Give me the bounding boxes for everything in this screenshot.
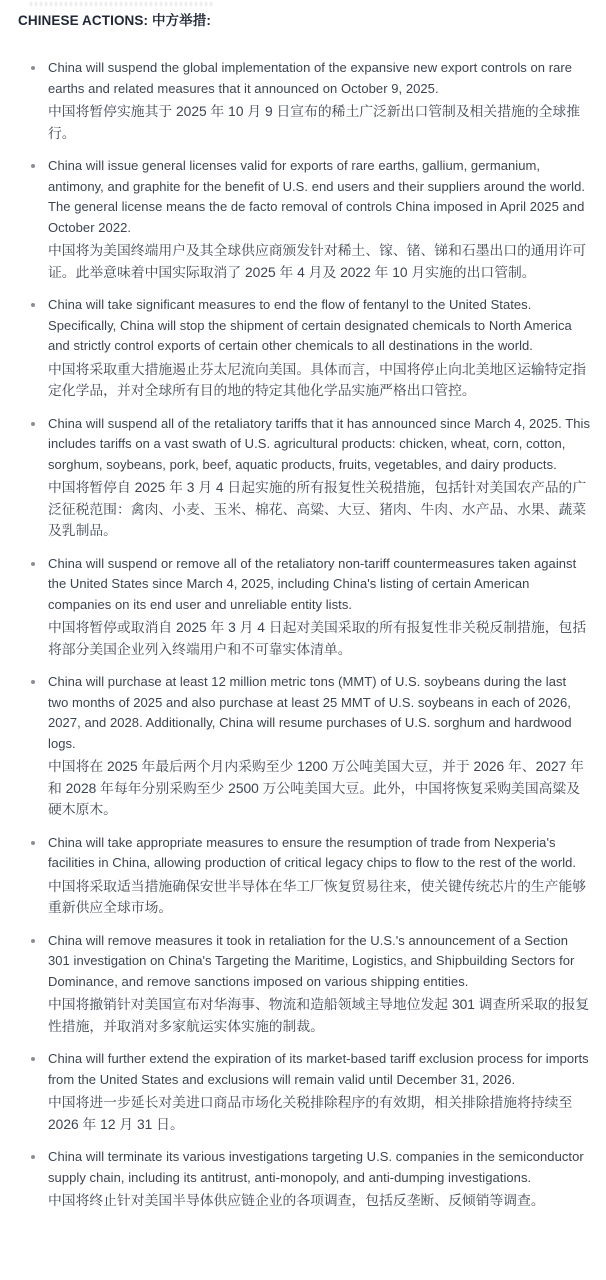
action-chinese-text: 中国将暂停或取消自 2025 年 3 月 4 日起对美国采取的所有报复性非关税反… [48, 617, 590, 660]
list-item: China will suspend or remove all of the … [17, 554, 590, 661]
list-item: China will remove measures it took in re… [17, 931, 590, 1038]
action-english-text: China will issue general licenses valid … [48, 156, 590, 238]
bullet-icon [31, 1057, 35, 1061]
bullet-icon [31, 680, 35, 684]
action-english-text: China will suspend the global implementa… [48, 58, 590, 99]
cropped-text-artifact [30, 2, 215, 6]
list-item: China will suspend the global implementa… [17, 58, 590, 144]
list-item-text: China will take significant measures to … [48, 295, 590, 402]
action-chinese-text: 中国将在 2025 年最后两个月内采购至少 1200 万公吨美国大豆，并于 20… [48, 756, 590, 821]
action-english-text: China will remove measures it took in re… [48, 931, 590, 993]
list-item-text: China will remove measures it took in re… [48, 931, 590, 1038]
list-item-text: China will suspend or remove all of the … [48, 554, 590, 661]
action-chinese-text: 中国将暂停实施其于 2025 年 10 月 9 日宣布的稀土广泛新出口管制及相关… [48, 101, 590, 144]
list-item: China will issue general licenses valid … [17, 156, 590, 283]
action-english-text: China will take appropriate measures to … [48, 833, 590, 874]
list-item: China will further extend the expiration… [17, 1049, 590, 1135]
list-item-text: China will take appropriate measures to … [48, 833, 590, 919]
action-english-text: China will suspend or remove all of the … [48, 554, 590, 616]
action-english-text: China will further extend the expiration… [48, 1049, 590, 1090]
document-page: CHINESE ACTIONS: 中方举措: China will suspen… [0, 0, 606, 1280]
list-item: China will suspend all of the retaliator… [17, 414, 590, 542]
action-chinese-text: 中国将为美国终端用户及其全球供应商颁发针对稀土、镓、锗、锑和石墨出口的通用许可证… [48, 240, 590, 283]
action-chinese-text: 中国将采取重大措施遏止芬太尼流向美国。具体而言，中国将停止向北美地区运输特定指定… [48, 359, 590, 402]
actions-list: China will suspend the global implementa… [17, 58, 590, 1212]
bullet-icon [31, 164, 35, 168]
action-english-text: China will take significant measures to … [48, 295, 590, 357]
bullet-icon [31, 1155, 35, 1159]
list-item: China will purchase at least 12 million … [17, 672, 590, 821]
list-item-text: China will issue general licenses valid … [48, 156, 590, 283]
list-item-text: China will suspend the global implementa… [48, 58, 590, 144]
list-item-text: China will purchase at least 12 million … [48, 672, 590, 821]
bullet-icon [31, 939, 35, 943]
action-chinese-text: 中国将撤销针对美国宣布对华海事、物流和造船领域主导地位发起 301 调查所采取的… [48, 994, 590, 1037]
action-chinese-text: 中国将采取适当措施确保安世半导体在华工厂恢复贸易往来，使关键传统芯片的生产能够重… [48, 876, 590, 919]
action-chinese-text: 中国将进一步延长对美进口商品市场化关税排除程序的有效期，相关排除措施将持续至 2… [48, 1092, 590, 1135]
bullet-icon [31, 422, 35, 426]
action-chinese-text: 中国将暂停自 2025 年 3 月 4 日起实施的所有报复性关税措施，包括针对美… [48, 477, 590, 542]
list-item-text: China will further extend the expiration… [48, 1049, 590, 1135]
action-english-text: China will suspend all of the retaliator… [48, 414, 590, 476]
bullet-icon [31, 66, 35, 70]
action-chinese-text: 中国将终止针对美国半导体供应链企业的各项调查，包括反垄断、反倾销等调查。 [48, 1190, 590, 1212]
bullet-icon [31, 562, 35, 566]
list-item-text: China will suspend all of the retaliator… [48, 414, 590, 542]
page-title: CHINESE ACTIONS: 中方举措: [18, 12, 590, 30]
action-english-text: China will purchase at least 12 million … [48, 672, 590, 754]
list-item: China will take significant measures to … [17, 295, 590, 402]
list-item: China will terminate its various investi… [17, 1147, 590, 1212]
bullet-icon [31, 841, 35, 845]
action-english-text: China will terminate its various investi… [48, 1147, 590, 1188]
list-item: China will take appropriate measures to … [17, 833, 590, 919]
list-item-text: China will terminate its various investi… [48, 1147, 590, 1212]
bullet-icon [31, 303, 35, 307]
